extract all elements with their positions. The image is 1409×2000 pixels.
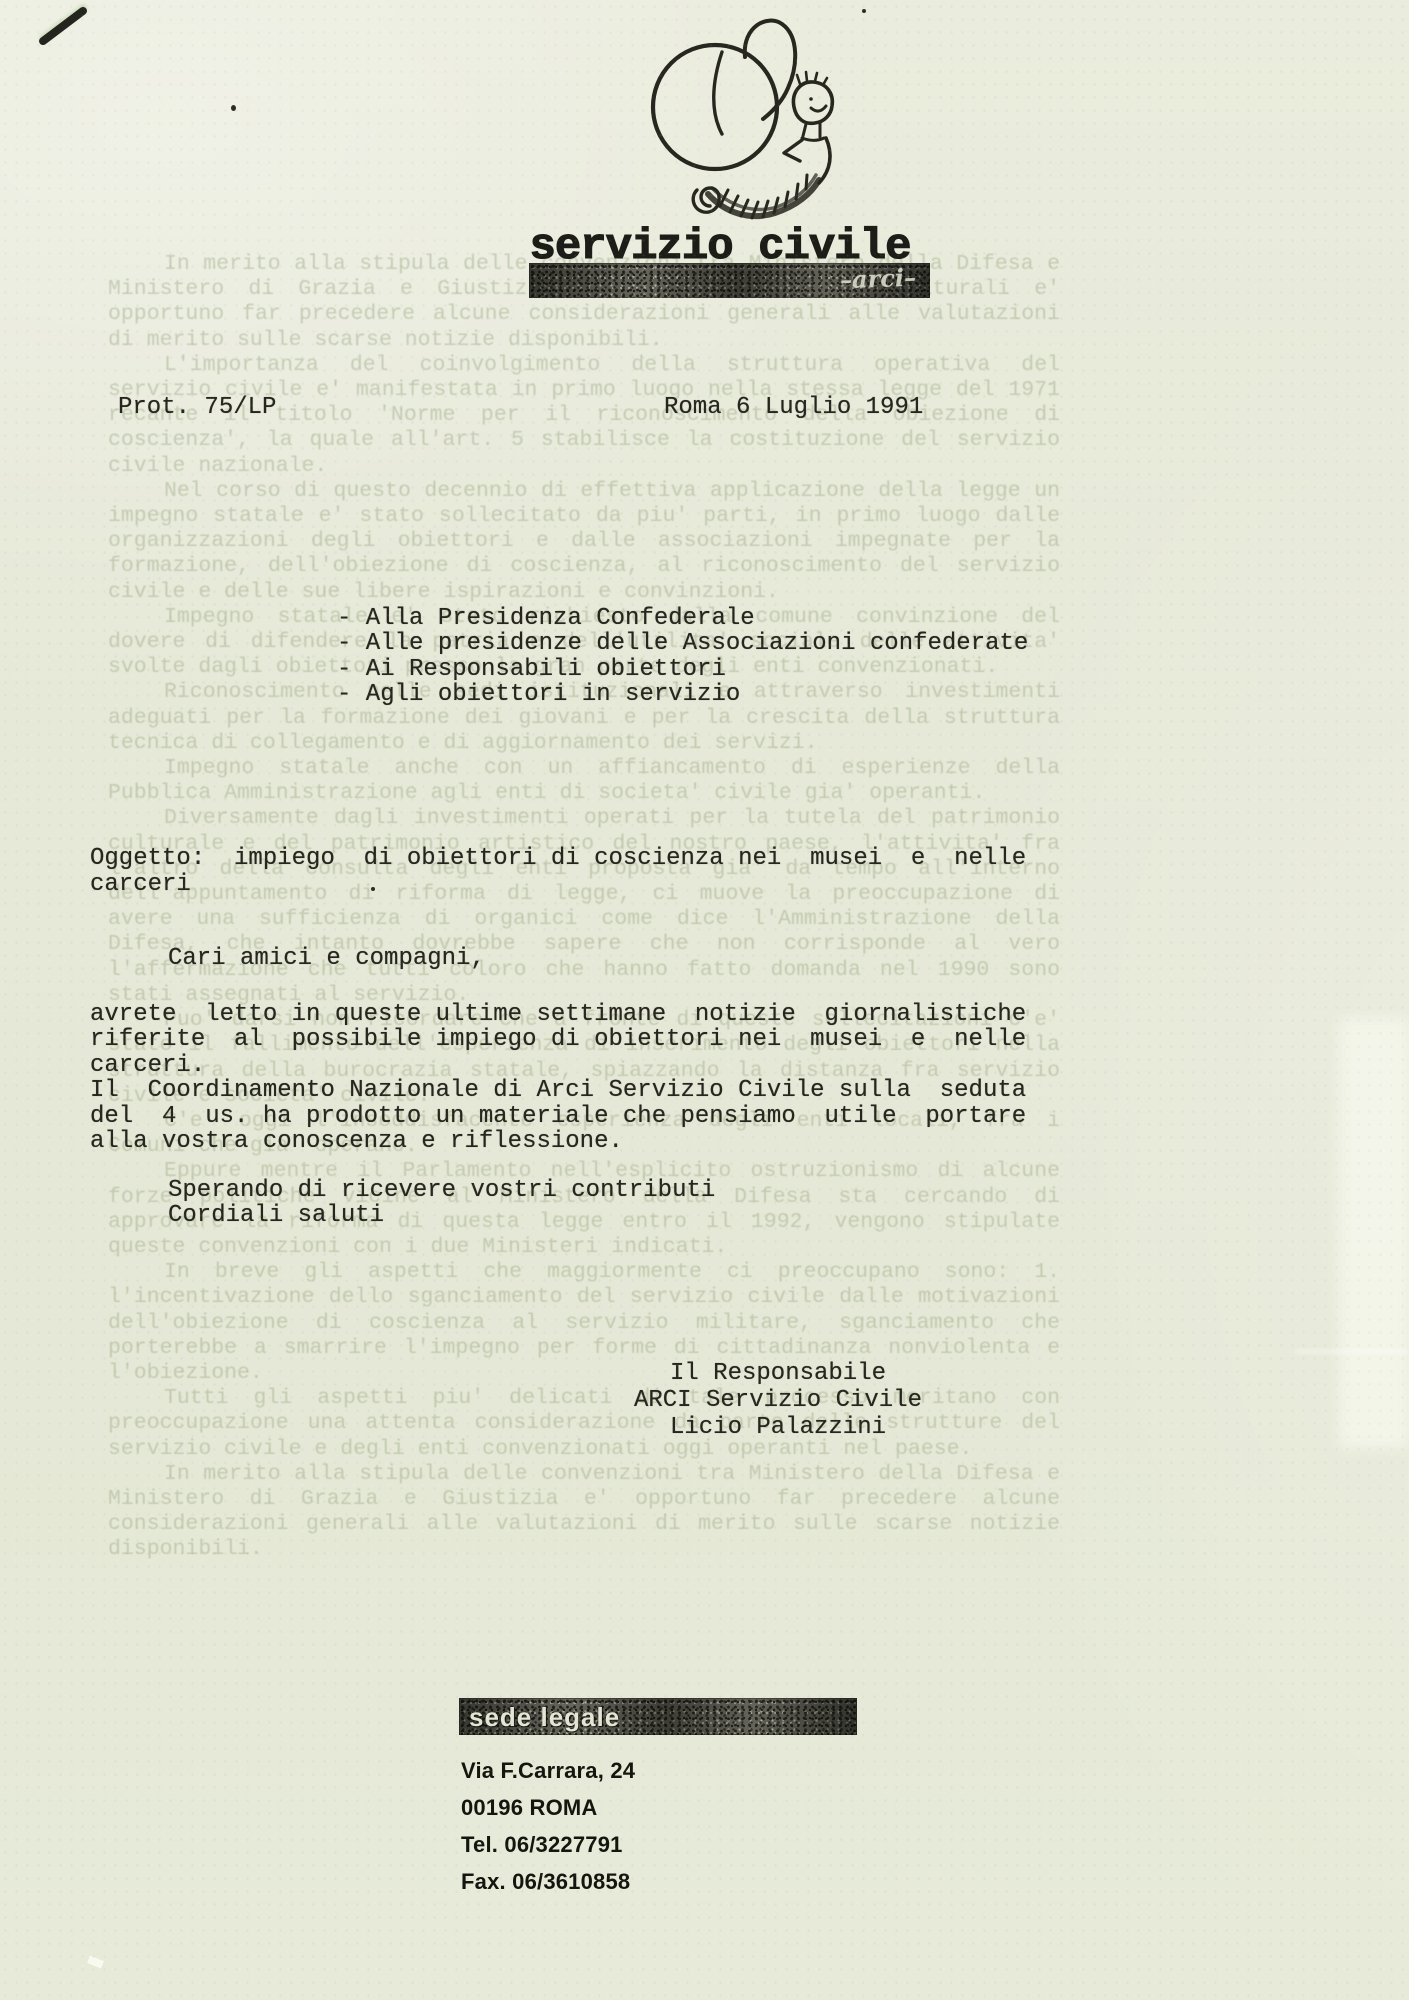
recipient-line: - Alle presidenze delle Associazioni con… — [337, 631, 1028, 656]
body-line: carceri. — [90, 1053, 1026, 1078]
ink-speck — [862, 9, 866, 13]
footer-banner-label: sede legale — [469, 1702, 620, 1733]
signature-line: Licio Palazzini — [578, 1414, 978, 1441]
body-paragraph: avrete letto in queste ultime settimane … — [90, 1002, 1026, 1154]
footer-address-line: Tel. 06/3227791 — [461, 1826, 635, 1863]
paper-fold-highlight — [1339, 1018, 1409, 1448]
footer-address-block: Via F.Carrara, 2400196 ROMATel. 06/32277… — [461, 1752, 635, 1900]
footer-address-line: Fax. 06/3610858 — [461, 1863, 635, 1900]
recipient-line: - Agli obiettori in servizio — [337, 682, 1028, 707]
paper-nick — [87, 1955, 104, 1968]
subject-line: Oggetto: impiego di obiettori di coscien… — [90, 846, 1026, 872]
body-line: alla vostra conoscenza e riflessione. — [90, 1129, 1026, 1154]
snail-rider-logo-icon — [650, 12, 850, 227]
subject-block: Oggetto: impiego di obiettori di coscien… — [90, 846, 1026, 897]
ink-speck — [371, 887, 375, 891]
recipient-list: - Alla Presidenza Confederale- Alle pres… — [337, 606, 1028, 708]
body-line: Il Coordinamento Nazionale di Arci Servi… — [90, 1078, 1026, 1103]
closing-line: Cordiali saluti — [168, 1203, 715, 1228]
bleedthrough-text-layer: In merito alla stipula delle convenzioni… — [108, 252, 1060, 1698]
bleedthrough-paragraph: Diversamente dagli investimenti operati … — [108, 806, 1060, 1008]
bleedthrough-paragraph: Nel corso di questo decennio di effettiv… — [108, 479, 1060, 605]
recipient-line: - Alla Presidenza Confederale — [337, 606, 1028, 631]
recipient-line: - Ai Responsabili obiettori — [337, 657, 1028, 682]
date-line: Roma 6 Luglio 1991 — [664, 395, 923, 420]
ink-speck — [231, 105, 236, 111]
footer-banner: sede legale — [459, 1698, 857, 1735]
subject-line: carceri — [90, 872, 1026, 898]
arci-script-mark: –arci– — [840, 263, 917, 295]
bleedthrough-paragraph: Impegno statale anche con un affiancamen… — [108, 756, 1060, 806]
masthead-banner: –arci– — [529, 263, 930, 298]
bleedthrough-paragraph: In merito alla stipula delle convenzioni… — [108, 1462, 1060, 1563]
paper-crease — [1295, 1350, 1409, 1353]
closing-line: Sperando di ricevere vostri contributi — [168, 1178, 715, 1203]
salutation: Cari amici e compagni, — [168, 946, 485, 971]
body-line: avrete letto in queste ultime settimane … — [90, 1002, 1026, 1027]
protocol-number: Prot. 75/LP — [118, 395, 276, 420]
pen-stroke-mark — [37, 5, 88, 46]
signature-line: Il Responsabile — [578, 1360, 978, 1387]
body-line: del 4 us. ha prodotto un materiale che p… — [90, 1104, 1026, 1129]
signature-line: ARCI Servizio Civile — [578, 1387, 978, 1414]
scanned-letter-page: In merito alla stipula delle convenzioni… — [0, 0, 1409, 2000]
body-line: riferite al possibile impiego di obietto… — [90, 1027, 1026, 1052]
footer-address-line: Via F.Carrara, 24 — [461, 1752, 635, 1789]
signature-block: Il ResponsabileARCI Servizio CivileLicio… — [578, 1360, 978, 1441]
footer-address-line: 00196 ROMA — [461, 1789, 635, 1826]
closing-block: Sperando di ricevere vostri contributiCo… — [168, 1178, 715, 1229]
